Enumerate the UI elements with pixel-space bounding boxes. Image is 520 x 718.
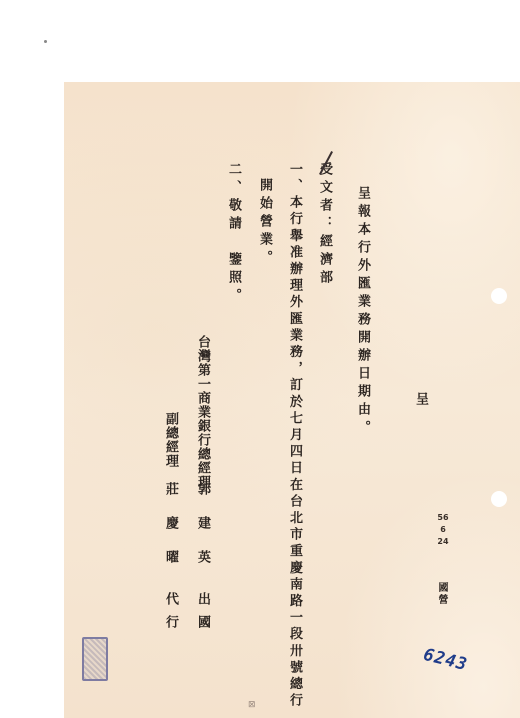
item-2-line: 二、敬請 鑒照。 [227,162,240,306]
date-block: 56 6 24 [433,512,453,548]
seal-stamp-icon [82,637,108,681]
punch-hole-top [491,288,507,304]
subject-line: 呈報本行外匯業務開辦日期由。 [356,186,369,438]
punch-hole-bottom [491,491,507,507]
signatory-2-name: 莊 慶 曜 [164,482,177,567]
signatory-1-title: 台灣第一商業銀行總經理 [196,335,209,489]
submit-mark: 呈 [414,392,427,410]
bottom-mark-icon: ⊠ [248,700,256,710]
signatory-2-note: 代行 [164,592,177,638]
signatory-2-title: 副總經理 [164,412,177,468]
signatory-1-note: 出國 [196,592,209,638]
date-year: 56 [433,512,453,524]
dept-mark: 國營 [436,582,446,606]
recipient-line: 受文者：經濟部 [318,162,331,288]
date-day: 24 [433,536,453,548]
date-month: 6 [433,524,453,536]
item-1-line-2: 開始營業。 [258,178,271,268]
speck [44,40,47,43]
item-1-line-1: 一、本行舉准辦理外匯業務，訂於七月四日在台北市重慶南路一段卅號總行 [288,162,301,710]
signatory-1-name: 郭 建 英 [196,482,209,567]
